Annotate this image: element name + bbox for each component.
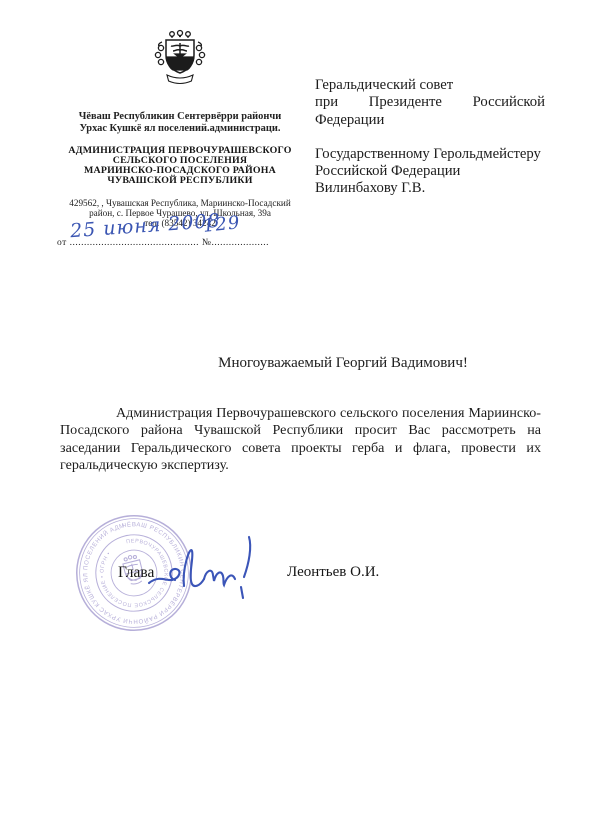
letterhead-org-name: АДМИНИСТРАЦИЯ ПЕРВОЧУРАШЕВСКОГО СЕЛЬСКОГ…: [40, 146, 320, 186]
addressee-gap: [315, 129, 545, 146]
signature-scribble-icon: [145, 531, 275, 613]
salutation: Многоуважаемый Георгий Вадимович!: [60, 355, 584, 372]
coat-of-arms-icon: [149, 27, 211, 87]
letterhead-chuvash: Чёваш Республикин Сентервёрри райончи Ур…: [40, 111, 320, 135]
addressee-person-line2: Российской Федерации: [315, 163, 545, 180]
letterhead-chuvash-line1: Чёваш Республикин Сентервёрри райончи: [40, 111, 320, 123]
addressee-council-line1: Геральдический совет: [315, 77, 545, 94]
number-sign-label: №: [199, 238, 211, 248]
signer-name: Леонтьев О.И.: [287, 564, 379, 581]
addressee-council-line2: при Президенте Российской: [315, 94, 545, 111]
org-name-line4: ЧУВАШСКОЙ РЕСПУБЛИКИ: [40, 176, 320, 186]
letter-body: Администрация Первочурашевского сельског…: [60, 405, 541, 475]
scanned-letter-page: Чёваш Республикин Сентервёрри райончи Ур…: [0, 0, 600, 824]
no-dotted-leader: ....................: [211, 238, 269, 248]
addressee-person-line3: Вилинбахову Г.В.: [315, 180, 545, 197]
body-line2: Посадского района Чувашской Республики п…: [60, 422, 541, 439]
addressee-block: Геральдический совет при Президенте Росс…: [315, 77, 545, 198]
body-line4: геральдическую экспертизу.: [60, 457, 541, 474]
handwritten-outgoing-number: 129: [202, 212, 241, 237]
letterhead-chuvash-line2: Урхас Кушкё ял поселений.администраци.: [40, 123, 320, 135]
body-line3: заседании Геральдического совета проекты…: [60, 440, 541, 457]
body-line1: Администрация Первочурашевского сельског…: [60, 405, 541, 422]
addressee-person-line1: Государственному Герольдмейстеру: [315, 146, 545, 163]
addressee-council-line3: Федерации: [315, 112, 545, 129]
